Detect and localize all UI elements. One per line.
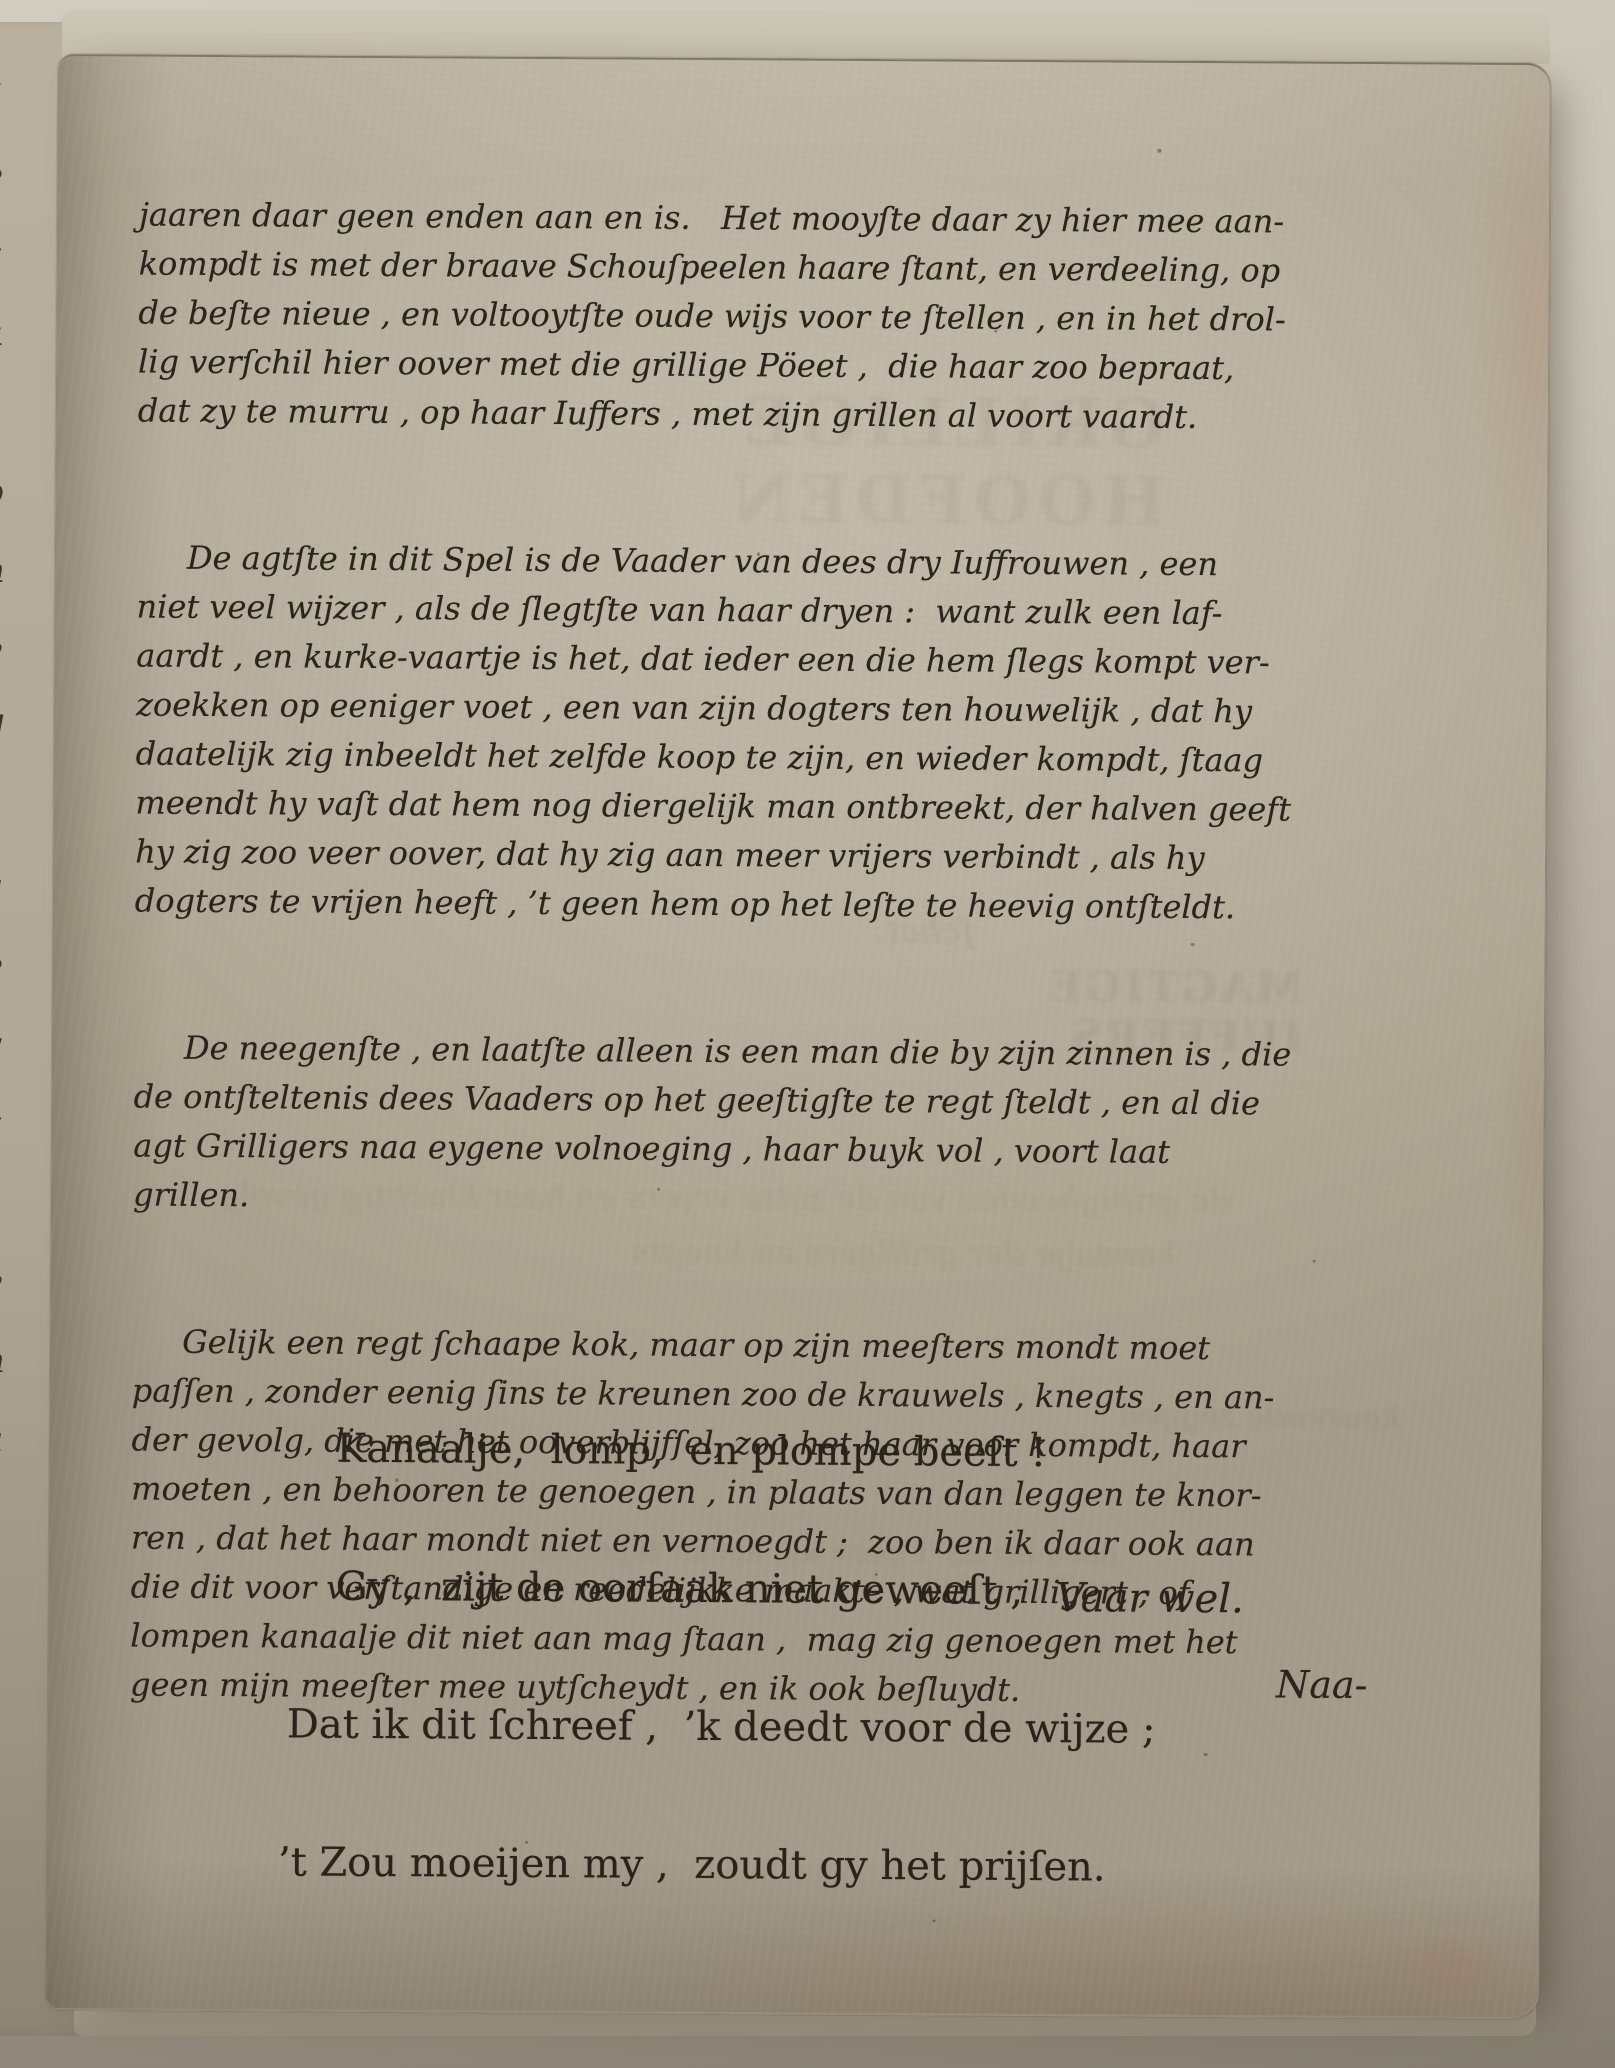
closing-farewell: Vaar wel. <box>1055 1576 1243 1621</box>
paragraph: De neegenſte , en laatſte alleen is een … <box>133 1023 1440 1227</box>
verse-line: Dat ik dit ſchreef , ’k deedt voor de wi… <box>130 1700 1156 1752</box>
facing-page-cut-text: ſ e z k t b n e d i r e v z t e n a <box>0 58 23 1480</box>
photo-scene: ſ e z k t b n e d i r e v z t e n a GRIL… <box>0 0 1615 2068</box>
paragraph: jaaren daar geen enden aan en is. Het mo… <box>138 190 1445 443</box>
paragraph: De agtſte in dit Spel is de Vaader van d… <box>135 533 1443 933</box>
verse-line: ’t Zou moeijen my , zoudt gy het prijſen… <box>129 1838 1155 1890</box>
foxing-stain <box>1366 1914 1537 2025</box>
verse-block: Kanaalje, lomp, en plompe beeſt ! Gy , z… <box>128 1332 1158 1982</box>
verse-line: Gy , zijt de oorſaak niet geweeſt , <box>131 1562 1157 1614</box>
verse-line: Kanaalje, lomp, en plompe beeſt ! <box>131 1424 1157 1476</box>
book-page: GRILLIGE HOOFDEN ſchat. MAGTIGE IUFFERS … <box>46 54 1551 2019</box>
catchword: Naa- <box>1276 1663 1368 1706</box>
